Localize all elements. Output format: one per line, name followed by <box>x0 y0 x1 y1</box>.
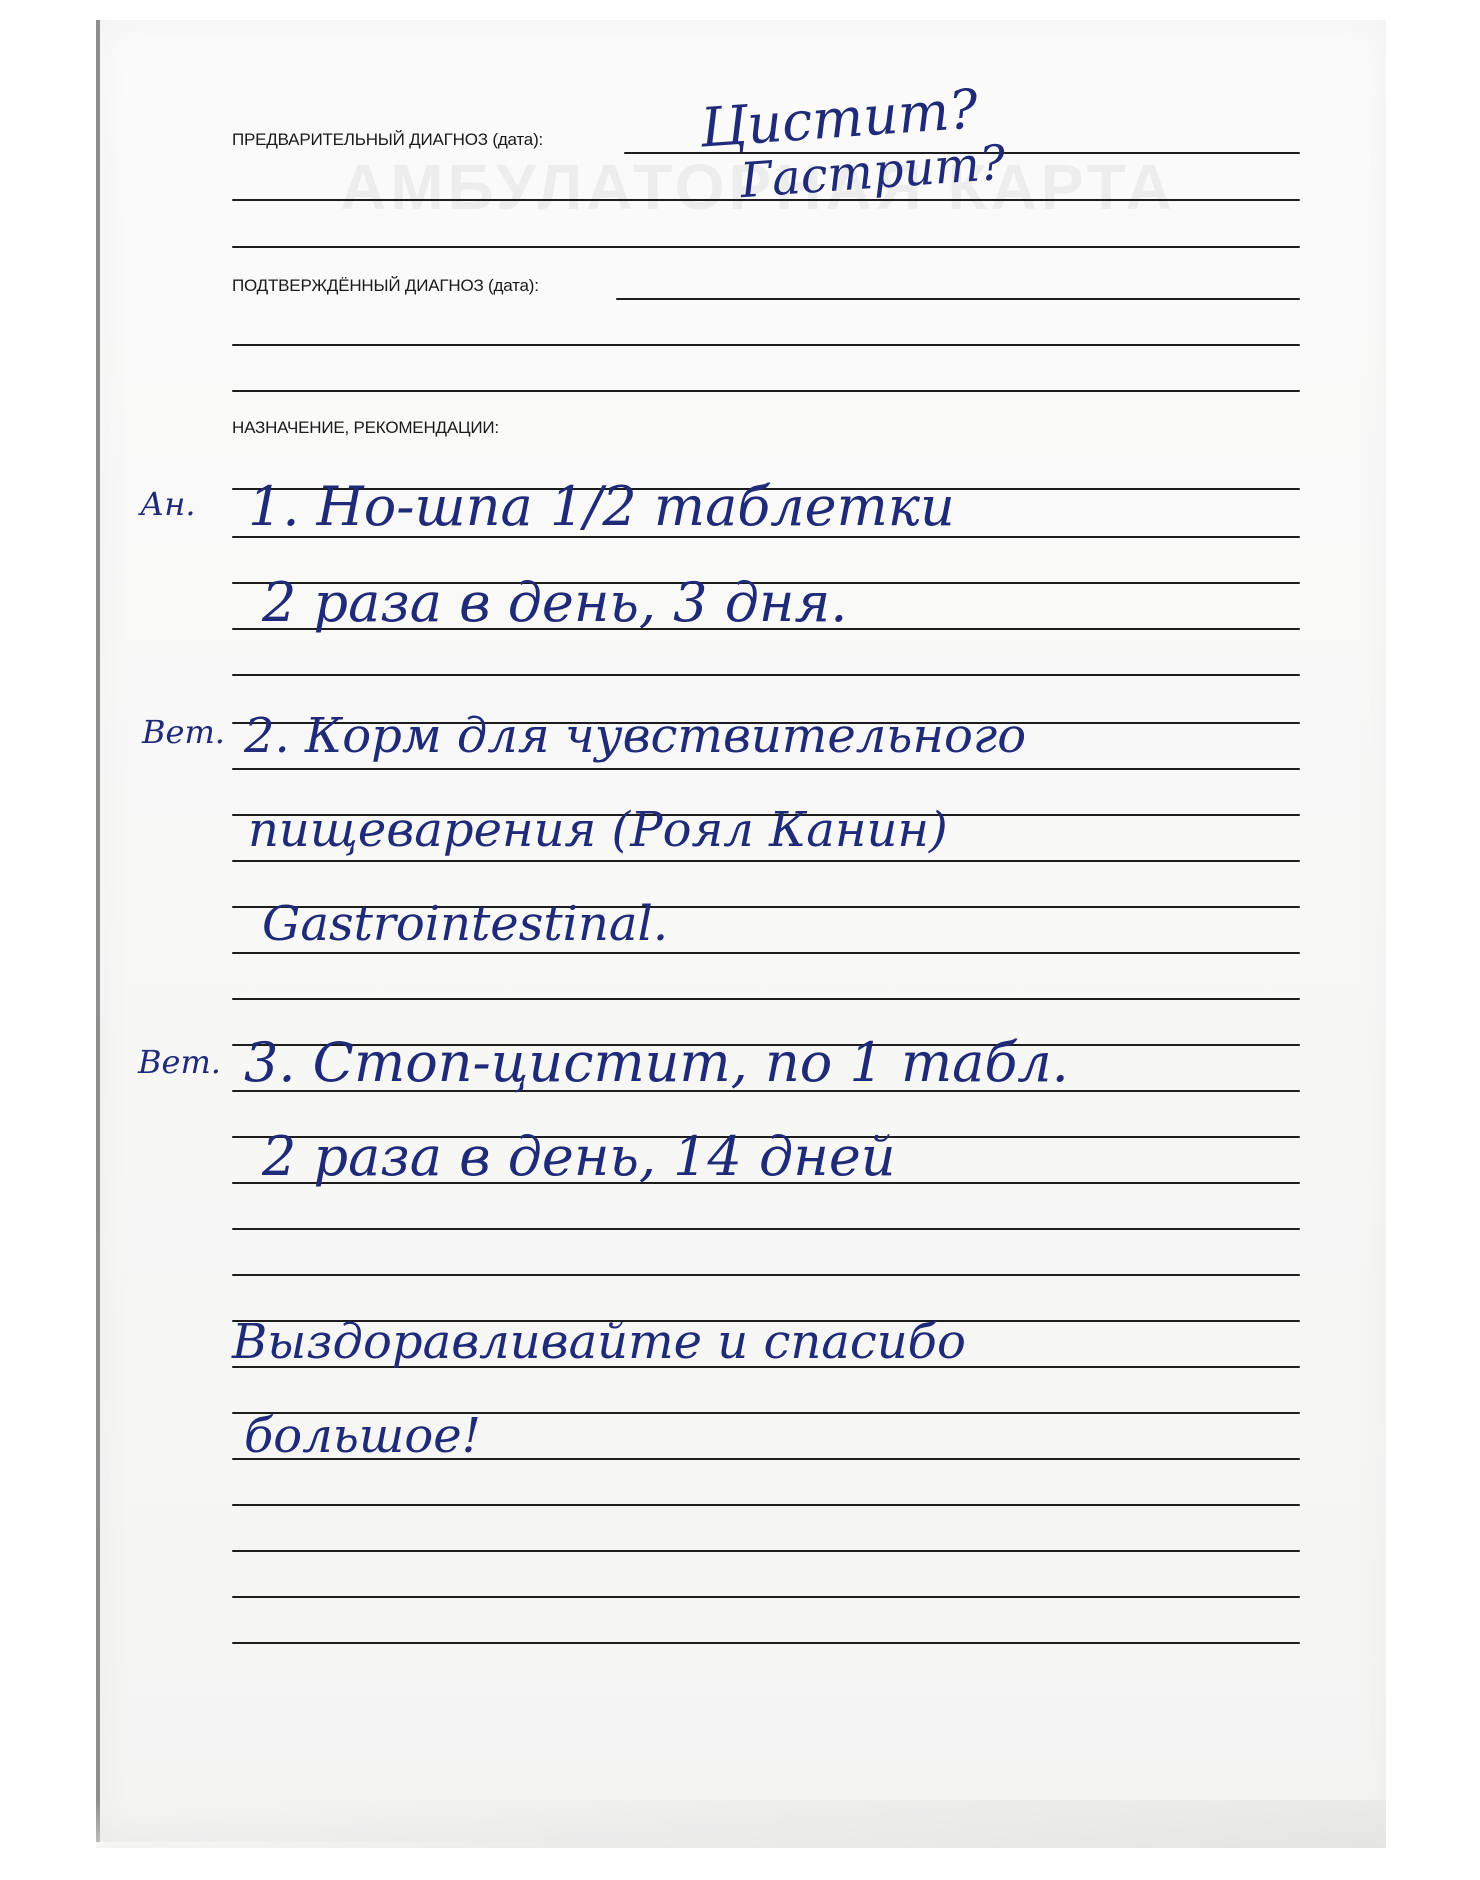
rx-1-marker: Ан. <box>140 488 195 520</box>
confirmed-line-2 <box>232 344 1300 346</box>
closing-line-2: большое! <box>244 1412 481 1460</box>
rx-line-18 <box>232 1274 1300 1276</box>
rx-2-marker: Вет. <box>142 716 225 748</box>
rx-line-25 <box>232 1596 1300 1598</box>
rx-line-7 <box>232 768 1300 770</box>
confirmed-line-3 <box>232 390 1300 392</box>
confirmed-line-1 <box>616 298 1300 300</box>
preliminary-diagnosis-label: ПРЕДВАРИТЕЛЬНЫЙ ДИАГНОЗ (дата): <box>232 130 543 150</box>
rx-line-11 <box>232 952 1300 954</box>
rx-3-line-2: 2 раза в день, 14 дней <box>262 1130 896 1184</box>
rx-3-line-1: 3. Стоп-цистит, по 1 табл. <box>244 1036 1069 1090</box>
rx-2-line-1: 2. Корм для чувствительного <box>244 712 1026 760</box>
rx-line-24 <box>232 1550 1300 1552</box>
rx-line-26 <box>232 1642 1300 1644</box>
rx-1-line-1: 1. Но-шпа 1/2 таблетки <box>248 480 955 534</box>
prescriptions-label: НАЗНАЧЕНИЕ, РЕКОМЕНДАЦИИ: <box>232 418 499 438</box>
rx-line-5 <box>232 674 1300 676</box>
closing-line-1: Выздоравливайте и спасибо <box>232 1318 966 1366</box>
rx-line-9 <box>232 860 1300 862</box>
rx-1-line-2: 2 раза в день, 3 дня. <box>262 576 847 630</box>
confirmed-diagnosis-label: ПОДТВЕРЖДЁННЫЙ ДИАГНОЗ (дата): <box>232 276 539 296</box>
rx-line-23 <box>232 1504 1300 1506</box>
rx-line-12 <box>232 998 1300 1000</box>
rx-2-line-3: Gastrointestinal. <box>262 900 668 948</box>
page-shadow <box>96 1800 1386 1848</box>
diagnosis-line-3 <box>232 246 1300 248</box>
rx-3-marker: Вет. <box>138 1046 221 1078</box>
rx-line-17 <box>232 1228 1300 1230</box>
rx-2-line-2: пищеварения (Роял Канин) <box>248 806 948 854</box>
